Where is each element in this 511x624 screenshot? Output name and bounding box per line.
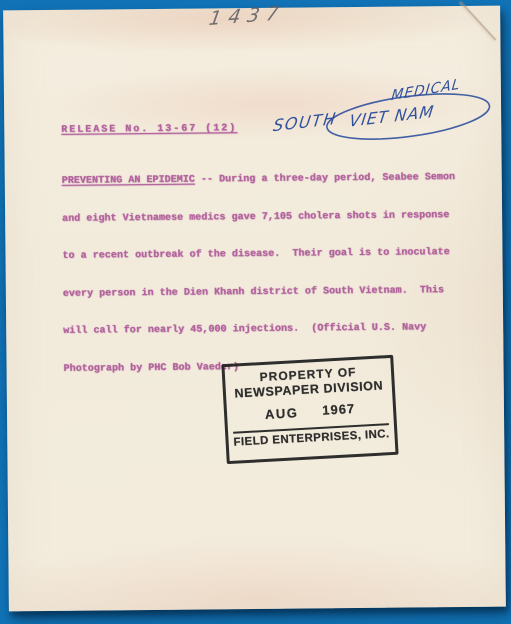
caption-heading: PREVENTING AN EPIDEMIC	[62, 175, 195, 187]
stamp-month: AUG	[265, 405, 299, 422]
photo-back: 1437 MEDICAL SOUTH VIET NAM RELEASE No. …	[3, 6, 506, 612]
caption-line: will call for nearly 45,000 injections. …	[63, 322, 456, 338]
annotation-viet-nam: VIET NAM	[348, 102, 435, 131]
stamp-year: 1967	[322, 401, 356, 418]
caption-line: and eight Vietnamese medics gave 7,105 c…	[62, 210, 455, 226]
caption-line-rest: -- During a three-day period, Seabee Sem…	[195, 172, 455, 185]
handwritten-number: 1437	[207, 2, 287, 30]
caption-line: PREVENTING AN EPIDEMIC -- During a three…	[62, 172, 455, 188]
ownership-stamp: PROPERTY OF NEWSPAPER DIVISION AUG 1967 …	[221, 355, 398, 464]
release-line: RELEASE No. 13-67 (12)	[61, 123, 237, 136]
corner-crease	[460, 1, 496, 40]
scan-background: 1437 MEDICAL SOUTH VIET NAM RELEASE No. …	[0, 0, 511, 624]
annotation-south: SOUTH	[272, 109, 338, 136]
caption-line: every person in the Dien Khanh district …	[63, 285, 456, 301]
annotation-medical: MEDICAL	[390, 76, 461, 104]
caption-line: to a recent outbreak of the disease. The…	[62, 247, 455, 263]
stamp-date: AUG 1967	[265, 402, 356, 422]
stamp-newspaper-division: NEWSPAPER DIVISION	[234, 378, 383, 400]
